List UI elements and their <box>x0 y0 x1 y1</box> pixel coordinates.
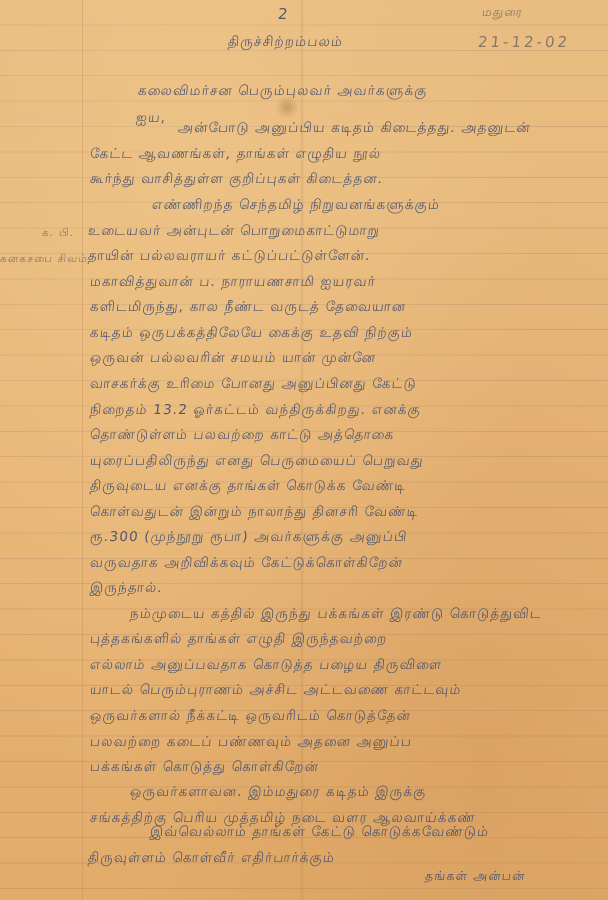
letter-line: நம்முடைய கத்தில் இருந்து பக்கங்கள் இரண்ட… <box>129 606 543 624</box>
letter-line: எல்லாம் அனுப்பவதாக கொடுத்த பழைய திருவிளை <box>89 657 443 675</box>
letter-date: 21-12-02 <box>477 33 571 51</box>
letter-line: களிடமிருந்து, கால நீண்ட வருடத் தேவையான <box>89 299 407 317</box>
letter-line: கொள்வதுடன் இன்றும் நாலாந்து தினசரி வேண்ட… <box>89 504 419 522</box>
closing-line: இவ்வெல்லாம் தாங்கள் கேட்டு கொடுக்கவேண்டு… <box>149 824 490 842</box>
letter-line: கூர்ந்து வாசித்துள்ள குறிப்புகள் கிடைத்த… <box>89 171 384 189</box>
letter-line: ரூ.300 (முந்நூறு ரூபா) அவர்களுக்கு அனுப்… <box>89 529 408 547</box>
letter-line: மகாவித்துவான் ப. நாராயணசாமி ஐயரவர் <box>89 274 377 292</box>
margin-note: கனகசபை சிவம் <box>0 253 89 266</box>
letter-line: ஒருவர்களாவன. இம்மதுரை கடிதம் இருக்கு <box>129 784 427 802</box>
letter-line: புத்தகங்களில் தாங்கள் எழுதி இருந்தவற்றை <box>89 631 388 649</box>
letter-line: திருவுடைய எனக்கு தாங்கள் கொடுக்க வேண்டி <box>89 478 407 496</box>
letter-line: ஒருவன் பல்லவரின் சமயம் யான் முன்னே <box>89 350 377 368</box>
letter-line: பலவற்றை கடைப் பண்ணவும் அதனை அனுப்ப <box>89 734 413 752</box>
letter-line: இருந்தால். <box>89 580 164 598</box>
letter-city: மதுரை <box>481 5 524 21</box>
letter-line: எண்ணிறந்த செந்தமிழ் நிறுவனங்களுக்கும் <box>151 197 441 215</box>
letter-line: கேட்ட ஆவணங்கள், தாங்கள் எழுதிய நூல் <box>89 146 382 164</box>
letter-line: ஒருவர்களால் நீக்கட்டி ஒருவரிடம் கொடுத்தே… <box>89 708 412 726</box>
letter-line: யாடல் பெரும்புராணம் அச்சிட அட்டவணை காட்ட… <box>89 682 462 700</box>
signature-line: தங்கள் அன்பன் <box>424 868 526 885</box>
page-number: 2 <box>277 5 290 23</box>
letter-line: அன்போடு அனுப்பிய கடிதம் கிடைத்தது. அதனுட… <box>177 120 532 138</box>
salutation: ஐய, <box>135 110 167 128</box>
closing-line: திருவுள்ளம் கொள்வீர் எதிர்பார்க்கும் <box>87 850 336 868</box>
letter-heading: திருச்சிற்றம்பலம் <box>227 34 344 52</box>
letter-page: 2 திருச்சிற்றம்பலம் மதுரை 21-12-02 கலைவி… <box>0 0 608 900</box>
letter-line: உடையவர் அன்புடன் பொறுமைகாட்டுமாறு <box>87 223 381 241</box>
margin-rule <box>82 0 83 900</box>
letter-line: வருவதாக அறிவிக்கவும் கேட்டுக்கொள்கிறேன் <box>89 555 404 573</box>
letter-line: பக்கங்கள் கொடுத்து கொள்கிறேன் <box>89 759 320 777</box>
letter-line: தொண்டுள்ளம் பலவற்றை காட்டு அத்தொகை <box>89 427 395 445</box>
margin-note: க. பி. <box>41 227 75 240</box>
letter-line: நிறைதம் 13.2 ஓர்கட்டம் வந்திருக்கிறது. எ… <box>89 402 422 420</box>
addressee-line: கலைவிமர்சன பெரும்புலவர் அவர்களுக்கு <box>137 83 428 101</box>
letter-line: கடிதம் ஒருபக்கத்திலேயே கைக்கு உதவி நிற்க… <box>89 325 414 343</box>
letter-line: தாயின் பல்லவராயர் கட்டுப்பட்டுள்ளேன். <box>87 248 372 266</box>
letter-line: யுரைப்பதிலிருந்து எனது பெருமையைப் பெறுவத… <box>89 453 425 471</box>
letter-line: வாசகர்க்கு உரிமை போனது அனுப்பினது கேட்டு <box>89 376 418 394</box>
